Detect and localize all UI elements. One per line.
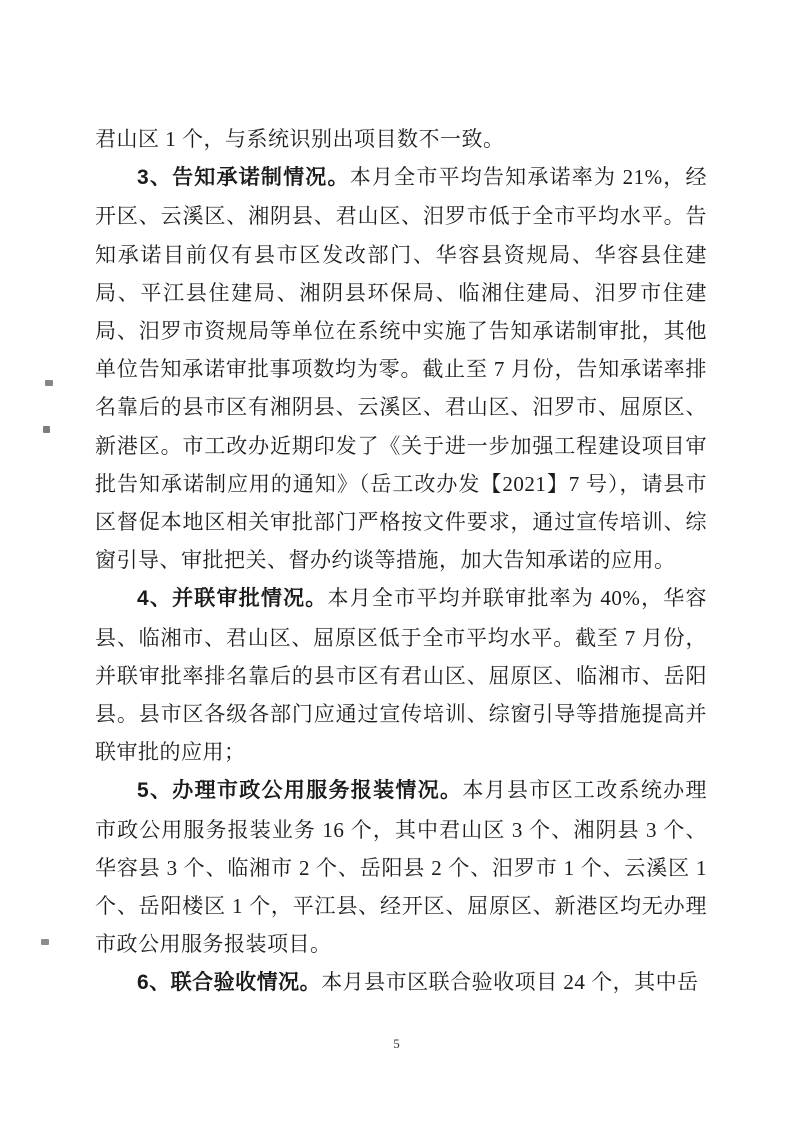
paragraph-continuation: 君山区 1 个，与系统识别出项目数不一致。 <box>95 120 707 158</box>
page-number: 5 <box>0 1036 793 1052</box>
paragraph-text: 君山区 1 个，与系统识别出项目数不一致。 <box>95 127 505 151</box>
paragraph-item-3: 3、告知承诺制情况。本月全市平均告知承诺率为 21%，经开区、云溪区、湘阴县、君… <box>95 158 707 579</box>
document-text-block: 君山区 1 个，与系统识别出项目数不一致。 3、告知承诺制情况。本月全市平均告知… <box>95 120 707 1003</box>
document-page: 君山区 1 个，与系统识别出项目数不一致。 3、告知承诺制情况。本月全市平均告知… <box>0 0 793 1122</box>
scan-speck <box>43 426 50 433</box>
scan-speck <box>41 939 49 945</box>
paragraph-text: 本月县市区工改系统办理市政公用服务报装业务 16 个，其中君山区 3 个、湘阴县… <box>95 778 707 956</box>
paragraph-item-5: 5、办理市政公用服务报装情况。本月县市区工改系统办理市政公用服务报装业务 16 … <box>95 771 707 963</box>
paragraph-item-4: 4、并联审批情况。本月全市平均并联审批率为 40%，华容县、临湘市、君山区、屈原… <box>95 579 707 771</box>
paragraph-text: 本月全市平均告知承诺率为 21%，经开区、云溪区、湘阴县、君山区、汨罗市低于全市… <box>95 165 707 572</box>
paragraph-heading: 4、并联审批情况。 <box>137 587 328 610</box>
paragraph-text: 本月县市区联合验收项目 24 个，其中岳 <box>321 970 699 994</box>
paragraph-item-6: 6、联合验收情况。本月县市区联合验收项目 24 个，其中岳 <box>95 963 707 1002</box>
paragraph-heading: 5、办理市政公用服务报装情况。 <box>137 779 462 802</box>
paragraph-heading: 3、告知承诺制情况。 <box>137 166 350 189</box>
paragraph-text: 本月全市平均并联审批率为 40%，华容县、临湘市、君山区、屈原区低于全市平均水平… <box>95 586 707 764</box>
scan-speck <box>45 380 53 386</box>
paragraph-heading: 6、联合验收情况。 <box>137 971 321 994</box>
